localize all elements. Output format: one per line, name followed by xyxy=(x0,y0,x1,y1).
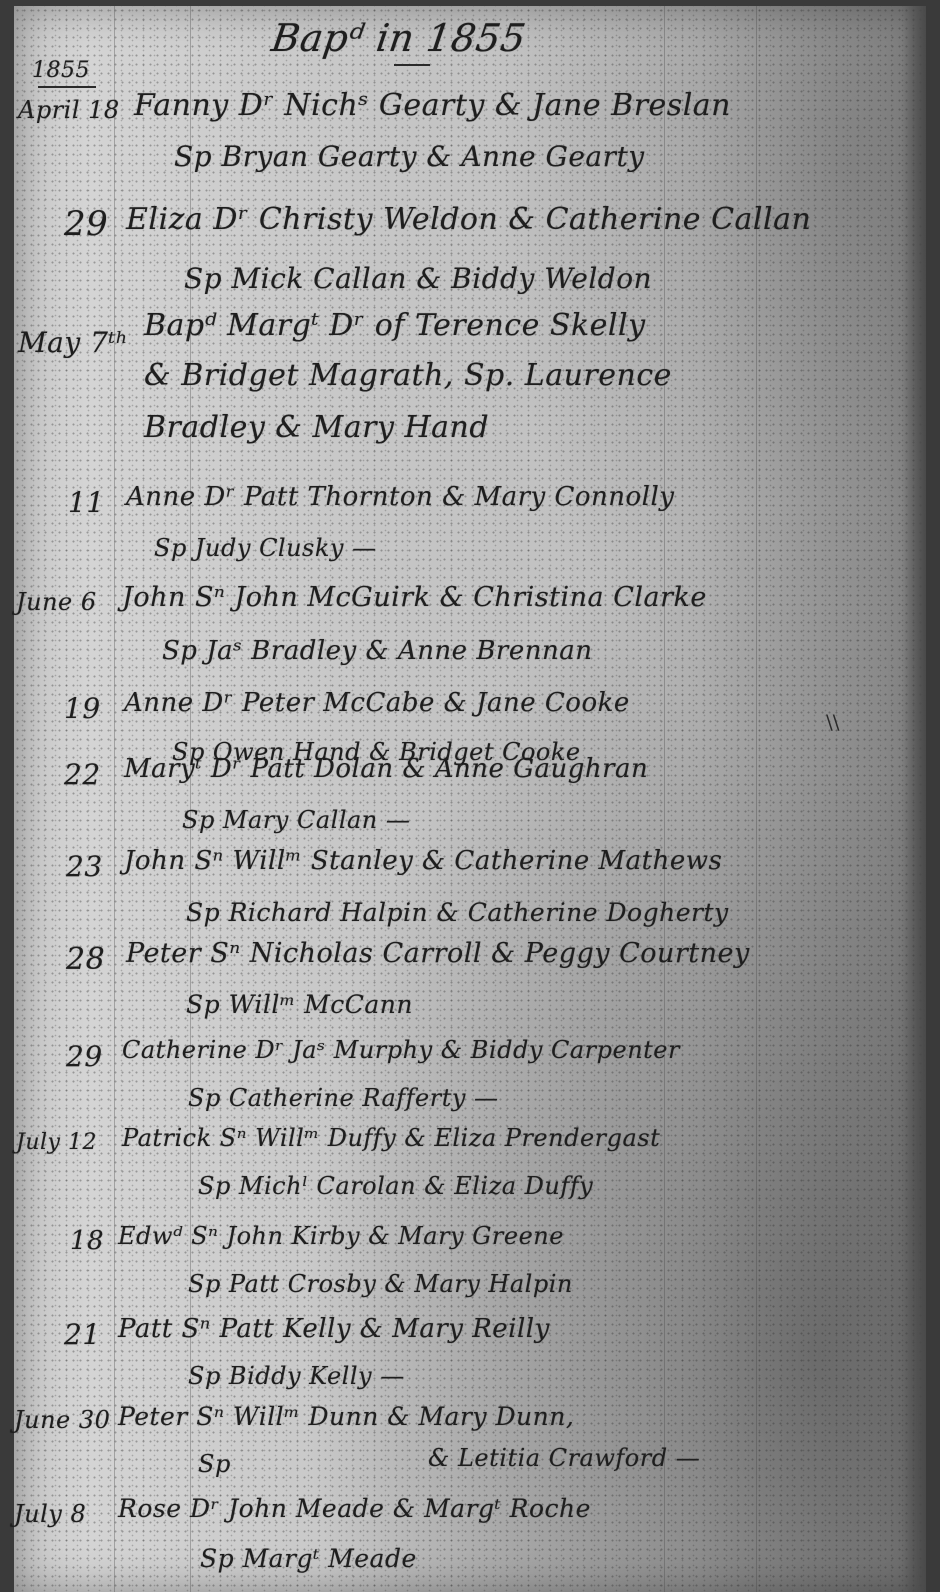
entry-date: 29 xyxy=(64,204,108,244)
entry-sponsors: Sp Patt Crosby & Mary Halpin xyxy=(188,1270,573,1298)
entry-record: Anne Dʳ Peter McCabe & Jane Cooke xyxy=(124,688,630,718)
entry-date: 18 xyxy=(70,1226,104,1256)
entry-date: July 12 xyxy=(16,1130,97,1155)
entry-sponsors-continued: & Letitia Crawford — xyxy=(428,1444,700,1472)
entry-record: Peter Sⁿ Willᵐ Dunn & Mary Dunn, xyxy=(118,1402,574,1431)
entry-record: Fanny Dʳ Nichˢ Gearty & Jane Breslan xyxy=(134,88,731,123)
entry-record: Edwᵈ Sⁿ John Kirby & Mary Greene xyxy=(118,1222,564,1250)
margin-tick-mark: \\ xyxy=(826,710,839,734)
entry-record-continued: Bradley & Mary Hand xyxy=(144,410,489,445)
margin-rule xyxy=(114,6,115,1592)
register-page: Bapᵈ in 1855 1855 April 18 Fanny Dʳ Nich… xyxy=(14,6,926,1592)
entry-date: July 8 xyxy=(14,1500,86,1528)
entry-date: April 18 xyxy=(18,96,120,124)
entry-date: May 7ᵗʰ xyxy=(18,326,128,359)
page-shadow-edge xyxy=(902,6,926,1592)
entry-sponsors: Sp Bryan Gearty & Anne Gearty xyxy=(174,140,645,173)
entry-date: 19 xyxy=(64,692,101,725)
column-rule xyxy=(190,6,191,1592)
entry-record: Patrick Sⁿ Willᵐ Duffy & Eliza Prenderga… xyxy=(122,1124,660,1152)
entry-date: June 6 xyxy=(16,588,97,616)
year-margin-note: 1855 xyxy=(32,58,90,83)
entry-record: Bapᵈ Margᵗ Dʳ of Terence Skelly xyxy=(144,308,646,343)
entry-date: 21 xyxy=(64,1318,101,1351)
entry-sponsors: Sp Jaˢ Bradley & Anne Brennan xyxy=(162,636,593,666)
entry-sponsors: Sp Catherine Rafferty — xyxy=(188,1084,499,1112)
entry-date: 23 xyxy=(66,850,103,883)
entry-sponsors: Sp Michˡ Carolan & Eliza Duffy xyxy=(198,1172,593,1200)
entry-record: Eliza Dʳ Christy Weldon & Catherine Call… xyxy=(126,202,811,237)
entry-date: 22 xyxy=(64,758,101,791)
entry-sponsors: Sp Biddy Kelly — xyxy=(188,1362,405,1390)
entry-sponsors: Sp Mick Callan & Biddy Weldon xyxy=(184,262,652,295)
column-rule xyxy=(664,6,665,1592)
entry-date: June 30 xyxy=(14,1406,110,1434)
entry-sponsors: Sp Judy Clusky — xyxy=(154,534,377,562)
entry-sponsors: Sp Willᵐ McCann xyxy=(186,990,413,1019)
entry-record: Rose Dʳ John Meade & Margᵗ Roche xyxy=(118,1494,591,1523)
page-heading: Bapᵈ in 1855 xyxy=(269,16,529,60)
entry-record: Peter Sⁿ Nicholas Carroll & Peggy Courtn… xyxy=(126,938,750,969)
entry-sponsors: Sp Margᵗ Meade xyxy=(200,1544,417,1573)
entry-record: Patt Sⁿ Patt Kelly & Mary Reilly xyxy=(118,1314,550,1344)
entry-record: Catherine Dʳ Jaˢ Murphy & Biddy Carpente… xyxy=(122,1036,680,1064)
column-rule xyxy=(756,6,757,1592)
entry-record: John Sⁿ Willᵐ Stanley & Catherine Mathew… xyxy=(124,846,722,876)
year-underline xyxy=(38,86,96,88)
entry-date: 29 xyxy=(66,1040,103,1073)
entry-record: Maryᵗ Dʳ Patt Dolan & Anne Gaughran xyxy=(124,754,648,784)
entry-date: 28 xyxy=(66,942,105,977)
entry-sponsors: Sp Mary Callan — xyxy=(182,806,410,834)
entry-record-continued: & Bridget Magrath, Sp. Laurence xyxy=(144,358,672,393)
entry-record: Anne Dʳ Patt Thornton & Mary Connolly xyxy=(126,482,675,512)
entry-sponsors: Sp xyxy=(198,1450,231,1478)
entry-record: John Sⁿ John McGuirk & Christina Clarke xyxy=(122,582,707,613)
entry-sponsors: Sp Richard Halpin & Catherine Dogherty xyxy=(186,898,729,927)
entry-date: 11 xyxy=(68,486,105,519)
heading-underline xyxy=(394,64,430,66)
